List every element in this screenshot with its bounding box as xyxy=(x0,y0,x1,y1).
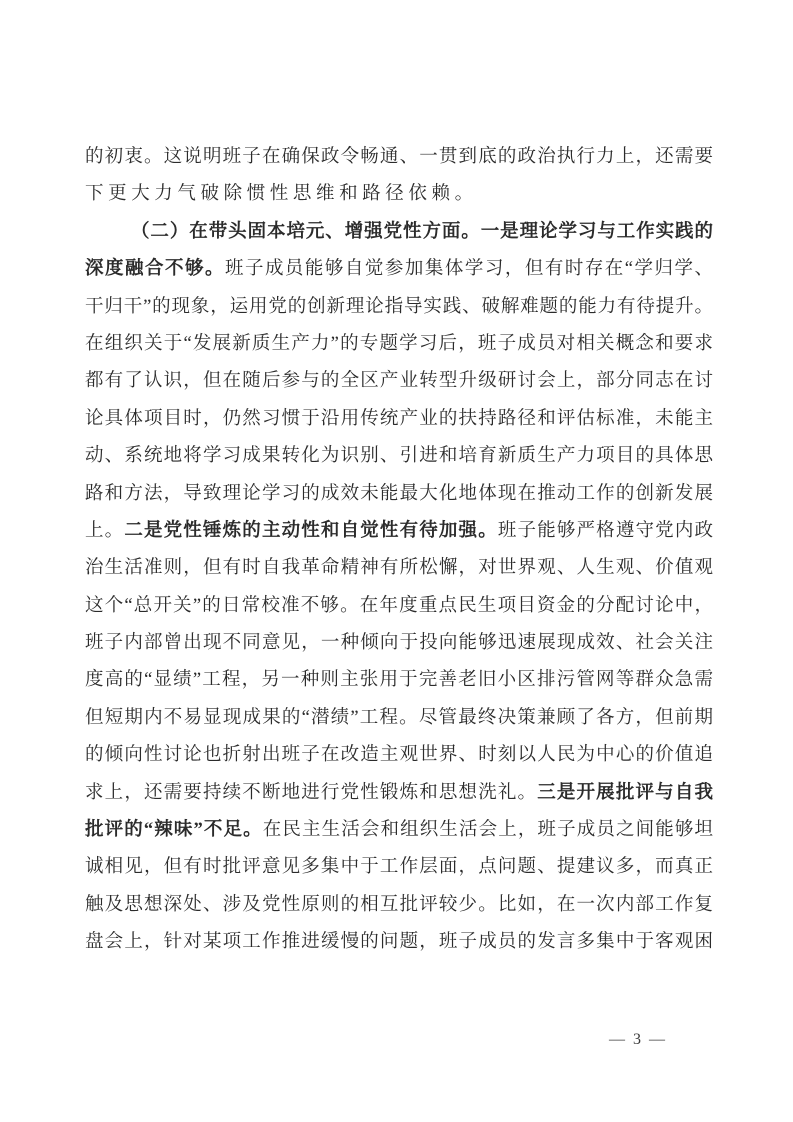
body-text: 班子内部曾出现不同意见，一种倾向于投向能够迅速展现成效、社会关注 xyxy=(85,633,713,653)
body-text: 在民主生活会和组织生活会上，班子成员之间能够坦 xyxy=(263,820,713,840)
emphasis-text: 三是开展批评与自我 xyxy=(537,783,713,803)
emphasis-text: 批评的“辣味”不足。 xyxy=(85,820,263,840)
text-line: 批评的“辣味”不足。在民主生活会和组织生活会上，班子成员之间能够坦 xyxy=(85,812,713,849)
text-line: 动、系统地将学习成果转化为识别、引进和培育新质生产力项目的具体思 xyxy=(85,438,713,475)
body-text: 触及思想深处、涉及党性原则的相互批评较少。比如，在一次内部工作复 xyxy=(85,895,713,915)
body-text: 班子能够严格遵守党内政 xyxy=(498,521,713,541)
text-line: 但短期内不易显现成果的“潜绩”工程。尽管最终决策兼顾了各方，但前期 xyxy=(85,700,713,737)
text-line: 求上，还需要持续不断地进行党性锻炼和思想洗礼。三是开展批评与自我 xyxy=(85,775,713,812)
body-text: 干归干”的现象，运用党的创新理论指导实践、破解难题的能力有待提升。 xyxy=(85,297,713,317)
text-line: 诚相见，但有时批评意见多集中于工作层面，点问题、提建议多，而真正 xyxy=(85,849,713,886)
body-text: 但短期内不易显现成果的“潜绩”工程。尽管最终决策兼顾了各方，但前期 xyxy=(85,708,713,728)
body-text: 下更大力气破除惯性思维和路径依赖。 xyxy=(85,184,478,204)
text-line: 下更大力气破除惯性思维和路径依赖。 xyxy=(85,176,713,213)
body-text: 动、系统地将学习成果转化为识别、引进和培育新质生产力项目的具体思 xyxy=(85,446,713,466)
emphasis-text: 二是党性锤炼的主动性和自觉性有待加强。 xyxy=(124,521,498,541)
text-line: 深度融合不够。班子成员能够自觉参加集体学习，但有时存在“学归学、 xyxy=(85,251,713,288)
emphasis-text: （二）在带头固本培元、增强党性方面。 xyxy=(131,222,481,242)
text-line: 班子内部曾出现不同意见，一种倾向于投向能够迅速展现成效、社会关注 xyxy=(85,625,713,662)
text-line: 这个“总开关”的日常校准不够。在年度重点民生项目资金的分配讨论中， xyxy=(85,588,713,625)
page-canvas: 的初衷。这说明班子在确保政令畅通、一贯到底的政治执行力上，还需要下更大力气破除惯… xyxy=(0,0,793,1122)
body-text: 这个“总开关”的日常校准不够。在年度重点民生项目资金的分配讨论中， xyxy=(85,596,713,616)
body-text: 治生活准则，但有时自我革命精神有所松懈，对世界观、人生观、价值观 xyxy=(85,558,713,578)
body-text: 求上，还需要持续不断地进行党性锻炼和思想洗礼。 xyxy=(85,783,537,803)
document-page: { "page": { "background_color": "#ffffff… xyxy=(0,0,793,1122)
text-line: 路和方法，导致理论学习的成效未能最大化地体现在推动工作的创新发展 xyxy=(85,476,713,513)
text-line: 论具体项目时，仍然习惯于沿用传统产业的扶持路径和评估标准，未能主 xyxy=(85,401,713,438)
body-text: 论具体项目时，仍然习惯于沿用传统产业的扶持路径和评估标准，未能主 xyxy=(85,409,713,429)
text-line: 度高的“显绩”工程，另一种则主张用于完善老旧小区排污管网等群众急需 xyxy=(85,662,713,699)
body-text: 的倾向性讨论也折射出班子在改造主观世界、时刻以人民为中心的价值追 xyxy=(85,745,713,765)
text-line: 的倾向性讨论也折射出班子在改造主观世界、时刻以人民为中心的价值追 xyxy=(85,737,713,774)
body-text: 的初衷。这说明班子在确保政令畅通、一贯到底的政治执行力上，还需要 xyxy=(85,147,713,167)
text-line: 干归干”的现象，运用党的创新理论指导实践、破解难题的能力有待提升。 xyxy=(85,289,713,326)
text-line: 上。二是党性锤炼的主动性和自觉性有待加强。班子能够严格遵守党内政 xyxy=(85,513,713,550)
body-text: 都有了认识，但在随后参与的全区产业转型升级研讨会上，部分同志在讨 xyxy=(85,371,713,391)
emphasis-text: 深度融合不够。 xyxy=(85,259,225,279)
body-text: 班子成员能够自觉参加集体学习，但有时存在“学归学、 xyxy=(225,259,713,279)
text-line: （二）在带头固本培元、增强党性方面。一是理论学习与工作实践的 xyxy=(85,214,713,251)
emphasis-text: 一是理论学习与工作实践的 xyxy=(481,222,713,242)
text-line: 治生活准则，但有时自我革命精神有所松懈，对世界观、人生观、价值观 xyxy=(85,550,713,587)
text-line: 在组织关于“发展新质生产力”的专题学习后，班子成员对相关概念和要求 xyxy=(85,326,713,363)
page-number: — 3 — xyxy=(592,1029,684,1051)
body-text: 盘会上，针对某项工作推进缓慢的问题，班子成员的发言多集中于客观困 xyxy=(85,932,713,952)
document-body: 的初衷。这说明班子在确保政令畅通、一贯到底的政治执行力上，还需要下更大力气破除惯… xyxy=(85,139,713,962)
body-text: 在组织关于“发展新质生产力”的专题学习后，班子成员对相关概念和要求 xyxy=(85,334,713,354)
body-text: 上。 xyxy=(85,521,124,541)
text-line: 都有了认识，但在随后参与的全区产业转型升级研讨会上，部分同志在讨 xyxy=(85,363,713,400)
body-text: 度高的“显绩”工程，另一种则主张用于完善老旧小区排污管网等群众急需 xyxy=(85,670,713,690)
text-line: 的初衷。这说明班子在确保政令畅通、一贯到底的政治执行力上，还需要 xyxy=(85,139,713,176)
text-line: 触及思想深处、涉及党性原则的相互批评较少。比如，在一次内部工作复 xyxy=(85,887,713,924)
body-text: 路和方法，导致理论学习的成效未能最大化地体现在推动工作的创新发展 xyxy=(85,484,713,504)
body-text: 诚相见，但有时批评意见多集中于工作层面，点问题、提建议多，而真正 xyxy=(85,857,713,877)
text-line: 盘会上，针对某项工作推进缓慢的问题，班子成员的发言多集中于客观困 xyxy=(85,924,713,961)
